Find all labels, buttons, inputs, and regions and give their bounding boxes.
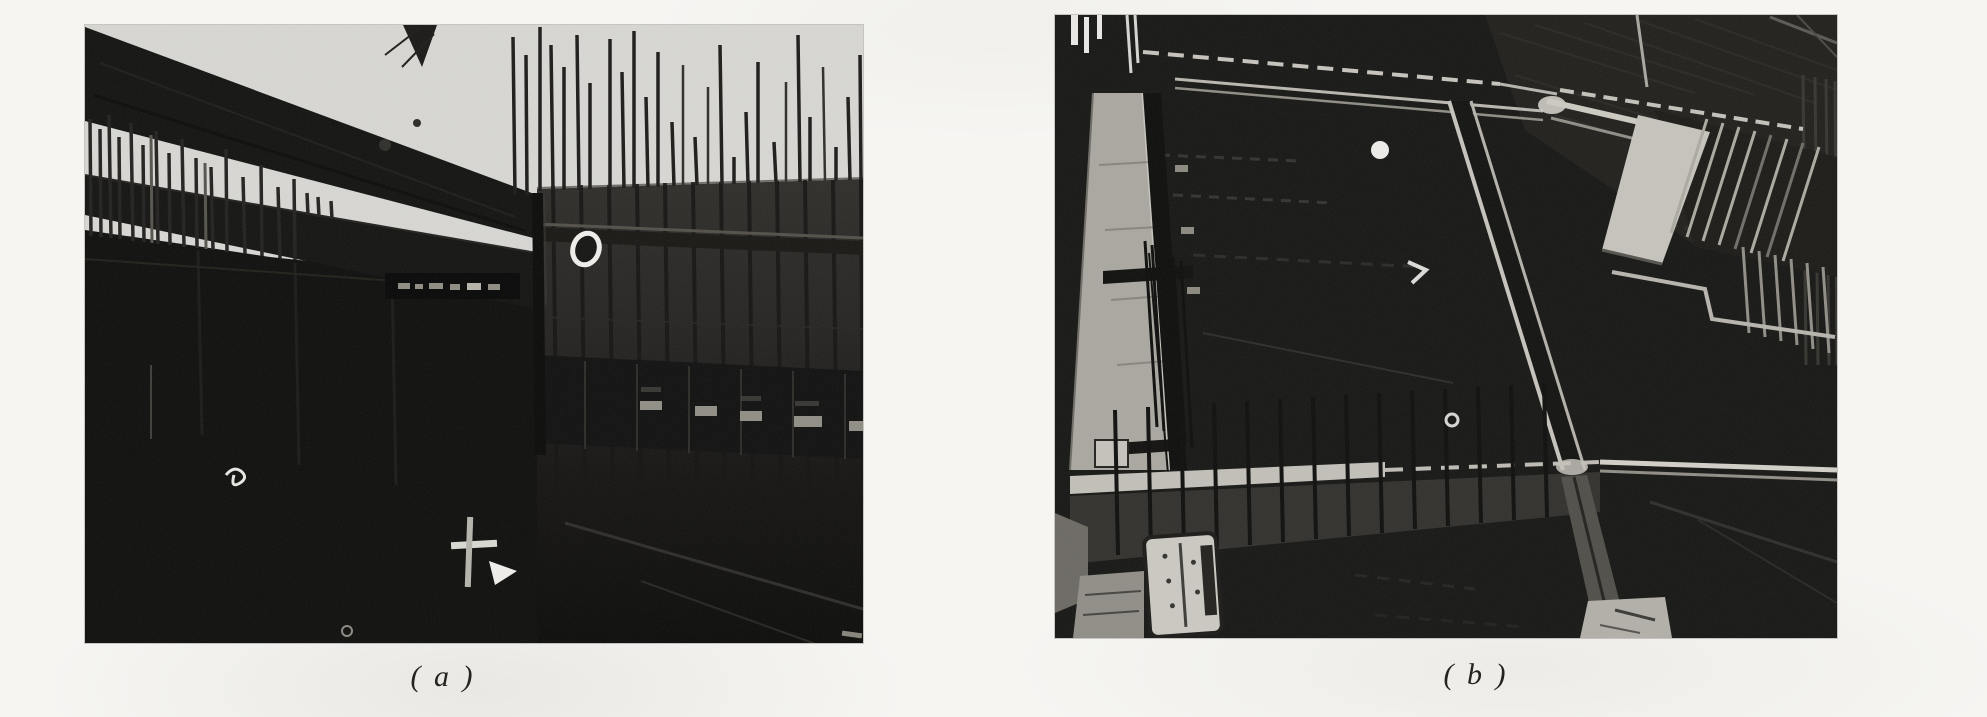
subfigure-label-b: ( b ): [1376, 658, 1576, 692]
film-grain: [85, 25, 863, 643]
film-grain: [1055, 15, 1837, 638]
photo-a-image: [85, 25, 863, 643]
scanned-page: { "page": { "type": "scanned-book-figure…: [0, 0, 1987, 717]
subfigure-label-a: ( a ): [343, 660, 543, 694]
photo-b-image: [1055, 15, 1837, 638]
